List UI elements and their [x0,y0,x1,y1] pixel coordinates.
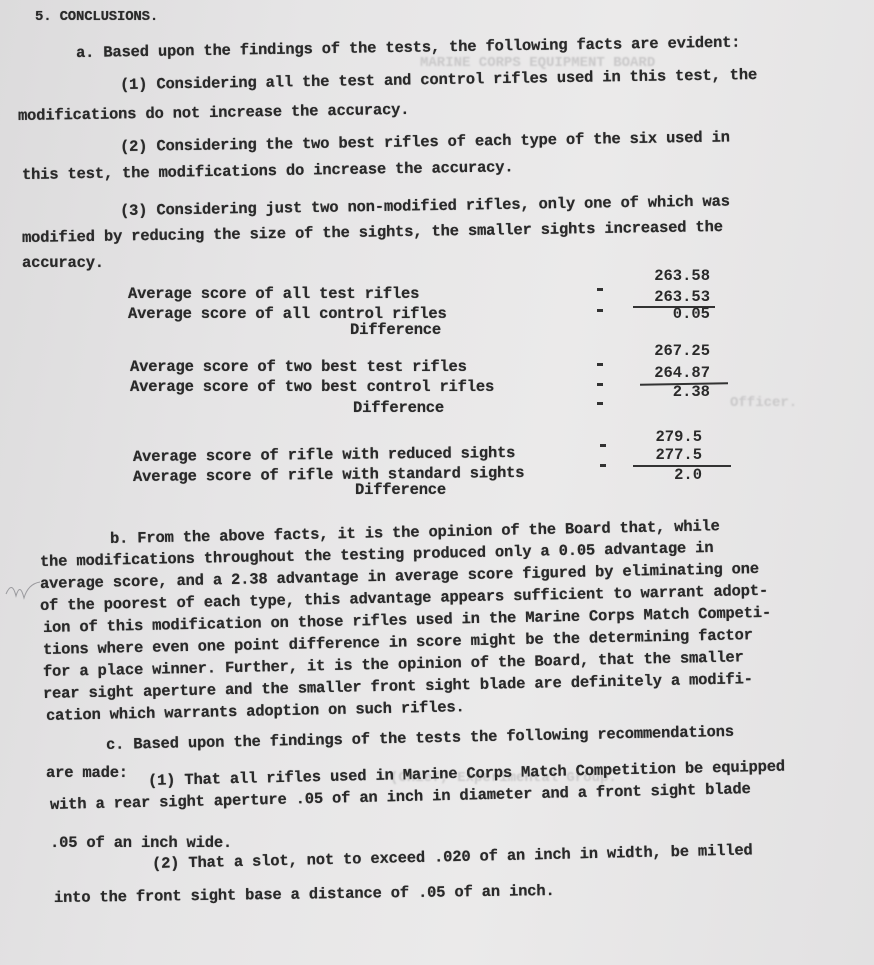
difference-value: 0.05 [620,305,710,323]
dash-mark [597,363,603,366]
fact-1-line-1: (1) Considering all the test and control… [120,66,757,94]
comparison-label-2: Average score of rifle with standard sig… [133,464,525,486]
difference-label: Difference [355,481,446,499]
para-b-line: cation which warrants adoption on such r… [46,698,465,725]
pencil-mark-icon [4,576,44,606]
para-c-line-1: c. Based upon the findings of the tests … [106,723,734,754]
dash-mark [600,444,606,447]
dash-mark [597,309,603,312]
comparison-label-2: Average score of two best control rifles [130,378,494,396]
dash-mark [600,464,606,467]
document-page: MARINE CORPS EQUIPMENT BOARD (Chief, Exp… [0,0,874,965]
fact-2-line-1: (2) Considering the two best rifles of e… [120,128,730,156]
value-2: 263.53 [620,288,710,306]
recommendation-2-line: (2) That a slot, not to exceed .020 of a… [152,841,753,873]
value-2: 277.5 [612,446,702,464]
comparison-label-1: Average score of all test rifles [128,285,419,303]
value-1: 267.25 [620,342,710,360]
value-1: 263.58 [620,267,710,285]
dash-mark [597,288,603,291]
fact-3-line-2: modified by reducing the size of the sig… [22,218,723,247]
fact-1-line-2: modifications do not increase the accura… [18,101,410,125]
difference-value: 2.38 [620,383,710,401]
recommendation-1-line: .05 of an inch wide. [50,834,232,852]
fact-3-line-1: (3) Considering just two non-modified ri… [120,192,730,220]
value-1: 279.5 [612,428,702,446]
bleed-through-text: Officer. [730,395,797,411]
difference-label: Difference [353,399,444,417]
fact-2-line-2: this test, the modifications do increase… [22,158,514,184]
section-heading: 5. CONCLUSIONS. [35,9,158,25]
difference-value: 2.0 [612,466,702,484]
recommendation-2-line: into the front sight base a distance of … [54,882,555,907]
value-2: 264.87 [620,364,710,382]
dash-mark [597,383,603,386]
dash-mark [597,402,603,405]
comparison-label-1: Average score of rifle with reduced sigh… [133,444,515,466]
difference-label: Difference [350,321,441,339]
comparison-label-1: Average score of two best test rifles [130,358,467,376]
para-c-line-2: are made: [46,764,128,782]
fact-3-line-3: accuracy. [22,254,104,272]
